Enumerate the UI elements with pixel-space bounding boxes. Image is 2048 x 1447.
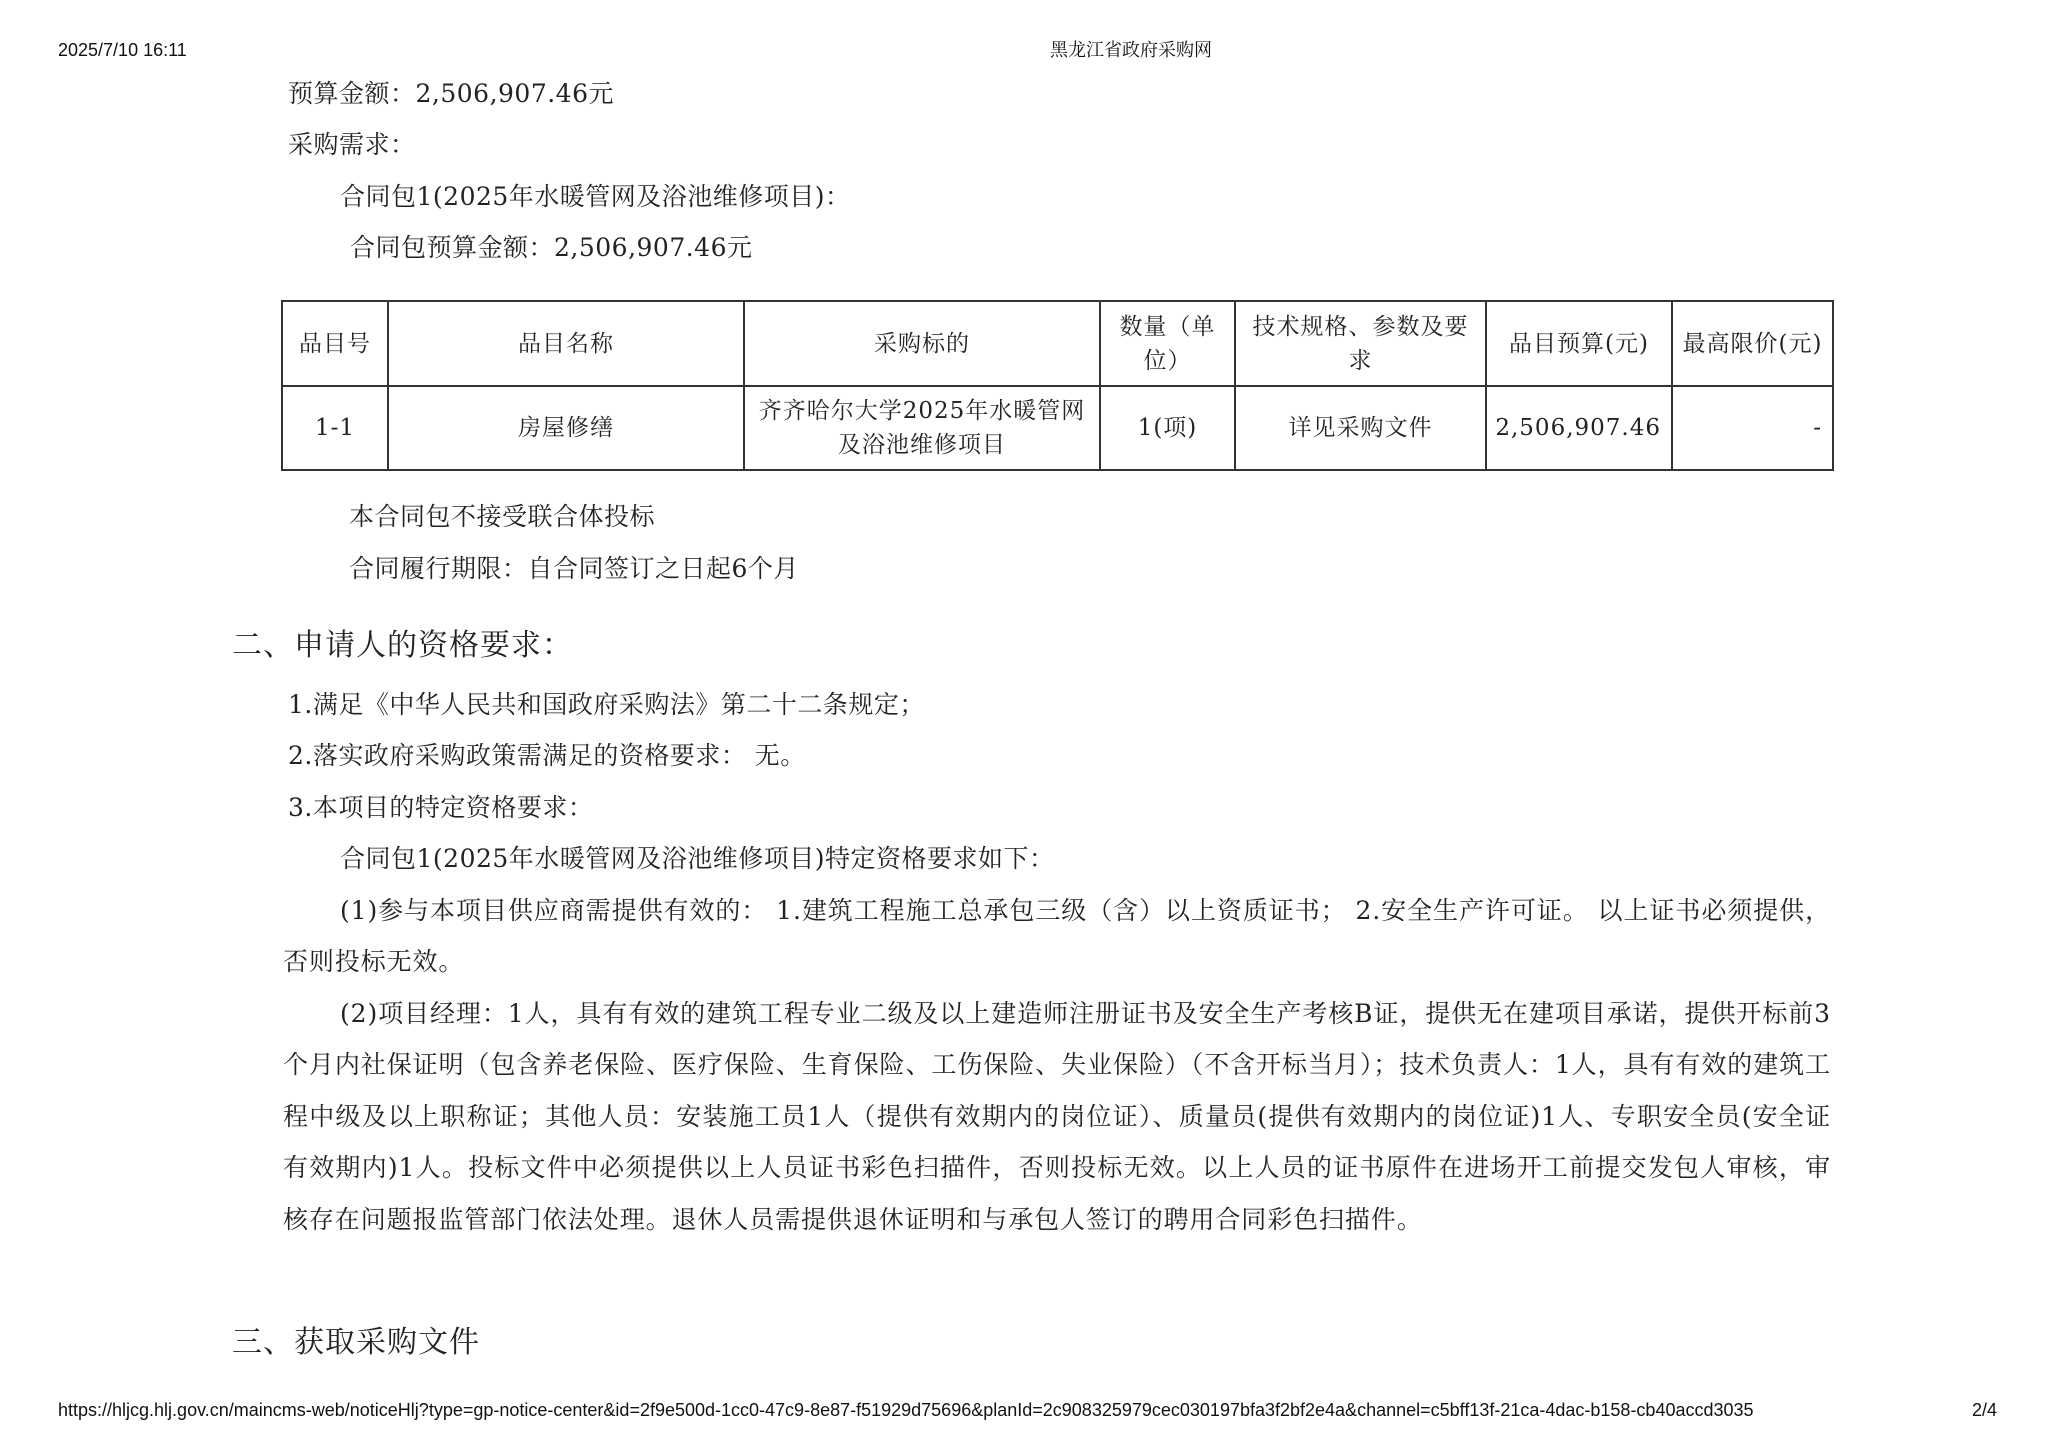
cell-spec: 详见采购文件 [1235,386,1486,470]
package-specific-heading: 合同包1(2025年水暖管网及浴池维修项目)特定资格要求如下： [340,842,1055,876]
cell-quantity: 1(项) [1100,386,1235,470]
section-heading-qualifications: 二、申请人的资格要求： [232,626,573,666]
requirement-3: 3.本项目的特定资格要求： [288,791,593,825]
cell-budget: 2,506,907.46 [1486,386,1672,470]
specific-requirement-1-text: (1)参与本项目供应商需提供有效的： 1.建筑工程施工总承包三级（含）以上资质证… [283,896,1831,976]
table-header-row: 品目号 品目名称 采购标的 数量（单位） 技术规格、参数及要求 品目预算(元) … [282,301,1833,386]
cell-item-no: 1-1 [282,386,388,470]
cell-item-name: 房屋修缮 [388,386,744,470]
specific-requirement-2: (2)项目经理：1人，具有有效的建筑工程专业二级及以上建造师注册证书及安全生产考… [283,988,1831,1245]
site-title: 黑龙江省政府采购网 [1050,39,1212,61]
items-table: 品目号 品目名称 采购标的 数量（单位） 技术规格、参数及要求 品目预算(元) … [281,300,1834,471]
package-budget: 合同包预算金额：2,506,907.46元 [350,231,753,265]
col-header-budget: 品目预算(元) [1486,301,1672,386]
col-header-spec: 技术规格、参数及要求 [1235,301,1486,386]
col-header-item-name: 品目名称 [388,301,744,386]
cell-subject: 齐齐哈尔大学2025年水暖管网及浴池维修项目 [744,386,1100,470]
requirement-heading: 采购需求： [288,128,416,162]
consortium-note: 本合同包不接受联合体投标 [349,500,655,534]
section-heading-obtain-documents: 三、获取采购文件 [232,1323,480,1363]
print-timestamp: 2025/7/10 16:11 [58,39,187,61]
total-budget: 预算金额：2,506,907.46元 [288,77,614,111]
print-footer-url: https://hljcg.hlj.gov.cn/maincms-web/not… [58,1399,1754,1421]
table-row: 1-1 房屋修缮 齐齐哈尔大学2025年水暖管网及浴池维修项目 1(项) 详见采… [282,386,1833,470]
col-header-quantity: 数量（单位） [1100,301,1235,386]
specific-requirement-1: (1)参与本项目供应商需提供有效的： 1.建筑工程施工总承包三级（含）以上资质证… [283,885,1831,988]
col-header-max-price: 最高限价(元) [1672,301,1833,386]
package-title: 合同包1(2025年水暖管网及浴池维修项目)： [340,180,851,214]
requirement-2: 2.落实政府采购政策需满足的资格要求： 无。 [288,739,806,773]
cell-max-price: - [1672,386,1833,470]
col-header-subject: 采购标的 [744,301,1100,386]
specific-requirement-2-text: (2)项目经理：1人，具有有效的建筑工程专业二级及以上建造师注册证书及安全生产考… [283,999,1831,1234]
page-indicator: 2/4 [1972,1399,1997,1421]
contract-term: 合同履行期限：自合同签订之日起6个月 [349,552,799,586]
col-header-item-no: 品目号 [282,301,388,386]
requirement-1: 1.满足《中华人民共和国政府采购法》第二十二条规定； [288,688,925,722]
